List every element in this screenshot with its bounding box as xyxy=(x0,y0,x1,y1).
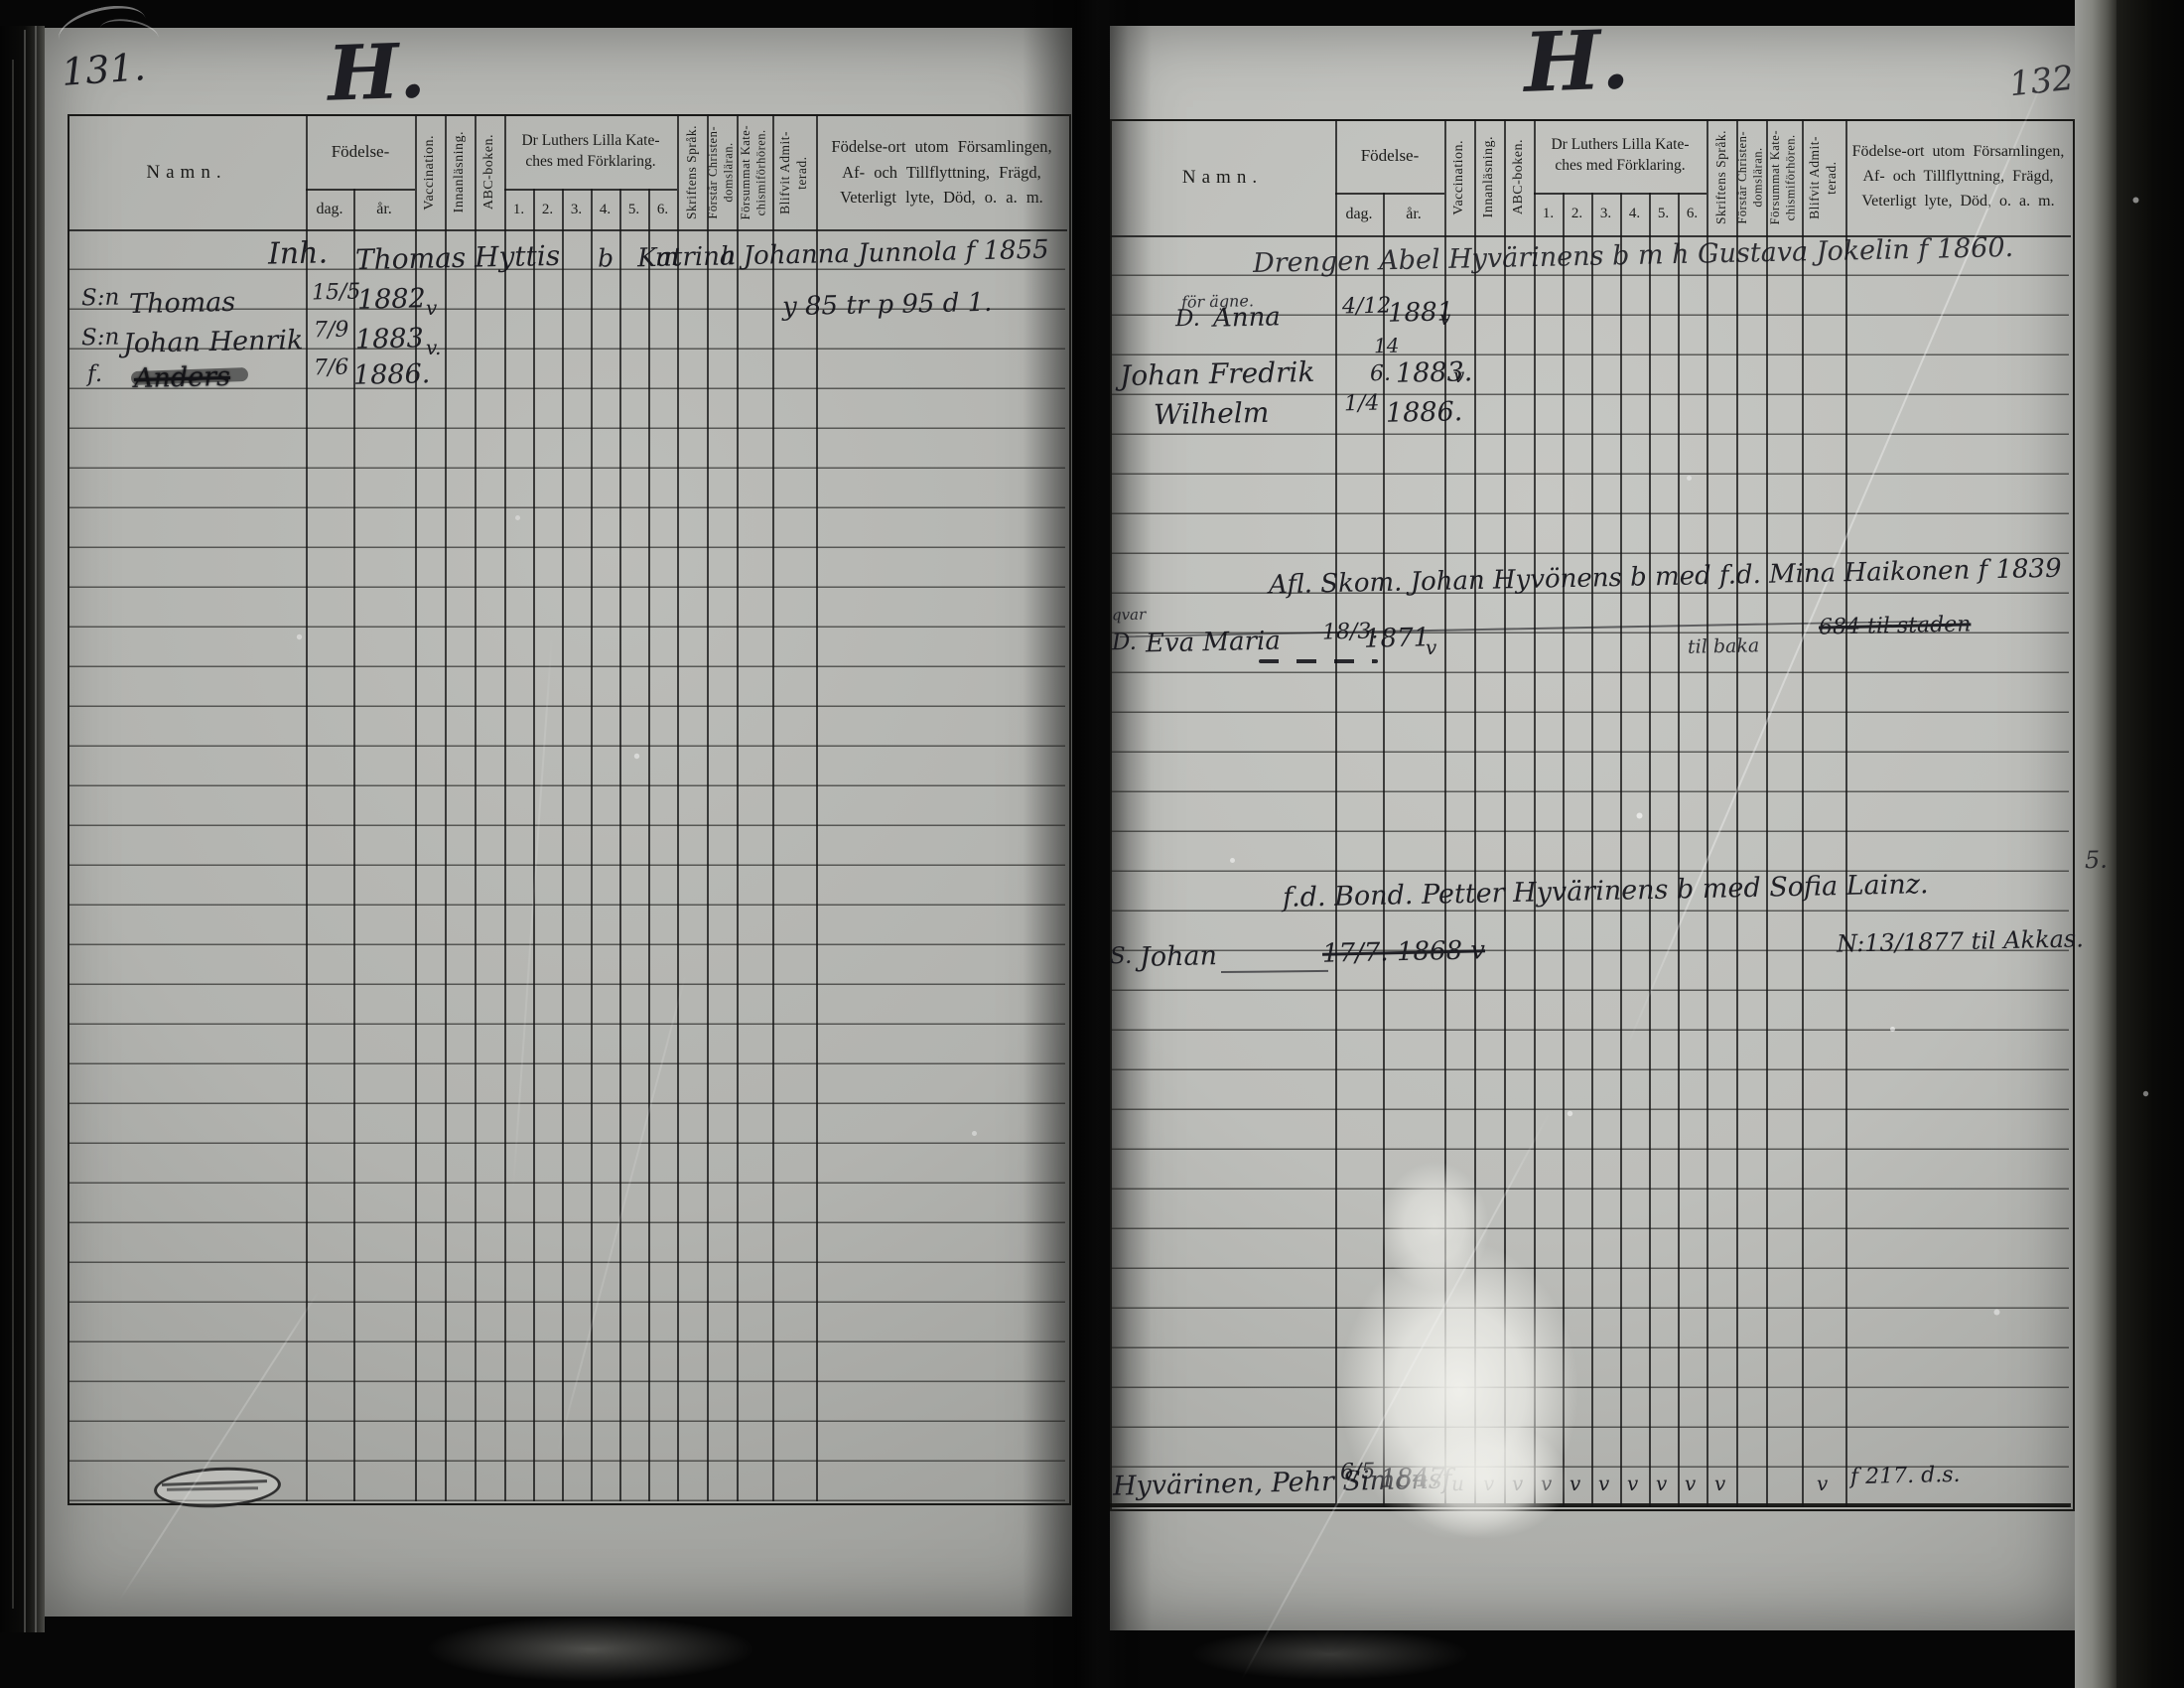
col-header-kateches-6: 6. xyxy=(1678,193,1706,235)
birth-year: 1882 xyxy=(357,283,426,315)
col-header-ar: år. xyxy=(353,189,415,230)
entry-name: Johan Fredrik xyxy=(1120,355,1315,392)
col-header-kateches-4: 4. xyxy=(1620,193,1649,235)
exam-check: v xyxy=(1598,1472,1610,1495)
col-header-blifvit: Blifvit Admit- terad. xyxy=(772,114,816,230)
col-header-forsummat: Försummat Kate- chismiförhören. xyxy=(737,114,772,230)
stacked-page-edge-line xyxy=(24,30,26,1638)
left-section-letter: H. xyxy=(326,26,426,117)
right-subcol-line xyxy=(1649,193,1651,1507)
left-col-line xyxy=(677,114,679,1501)
col-header-fodelseort: Födelse-ort utom Församlingen, Af- och T… xyxy=(816,114,1067,230)
exam-check: v xyxy=(1714,1472,1726,1495)
col-header-kateches-1: 1. xyxy=(1534,193,1563,235)
col-header-kateches-4: 4. xyxy=(591,189,619,230)
col-header-abc-boken: ABC-boken. xyxy=(475,114,504,230)
col-header-kateches-3: 3. xyxy=(1591,193,1620,235)
left-col-line xyxy=(504,114,506,1501)
col-header-dag: dag. xyxy=(1335,193,1383,235)
left-col-line xyxy=(707,114,709,1501)
col-header-ar: år. xyxy=(1383,193,1444,235)
white-stain xyxy=(1380,1162,1489,1291)
right-col-line xyxy=(1845,119,1847,1507)
right-col-line xyxy=(1706,119,1708,1507)
col-header-innanlasning: Innanläsning. xyxy=(445,114,475,230)
margin-note: 5. xyxy=(2085,846,2108,874)
col-header-blifvit: Blifvit Admit- terad. xyxy=(1802,119,1845,235)
right-table-bottom-heavy-line xyxy=(1110,1503,2071,1507)
vaccination-mark: v. xyxy=(426,336,442,359)
col-header-abc-boken: ABC-boken. xyxy=(1504,119,1534,235)
vaccination-mark: v xyxy=(1439,306,1451,330)
col-header-kateches-6: 6. xyxy=(648,189,677,230)
page-edge-strip xyxy=(2075,0,2118,1688)
left-col-line xyxy=(306,114,308,1501)
binding-edge xyxy=(0,0,45,1688)
struck-note: 684 til staden xyxy=(1819,612,1972,639)
entry-rel: f. xyxy=(87,361,103,387)
right-subcol-line xyxy=(1620,193,1622,1507)
right-section-letter: H. xyxy=(1522,12,1630,111)
exam-check: v xyxy=(1685,1472,1697,1495)
birth-year: 1883 xyxy=(355,323,424,354)
exam-check: v xyxy=(1570,1472,1581,1495)
left-subcol-line xyxy=(562,189,564,1501)
entry-status: Inh. xyxy=(268,235,329,271)
col-header-innanlasning: Innanläsning. xyxy=(1474,119,1504,235)
note-back: til baka xyxy=(1688,634,1760,658)
small-note: qvar xyxy=(1112,606,1147,625)
entry-note-line: y 85 tr p 95 d 1. xyxy=(782,288,993,322)
col-header-vaccination: Vaccination. xyxy=(415,114,445,230)
entry-name: Johan Henrik xyxy=(123,325,304,359)
left-col-line xyxy=(816,114,818,1501)
entry-name: Anna xyxy=(1213,302,1281,333)
scan-border-right xyxy=(2116,0,2184,1688)
left-col-line xyxy=(475,114,477,1501)
left-col-line xyxy=(445,114,447,1501)
col-header-forsummat: Försummat Kate- chismiförhören. xyxy=(1766,119,1802,235)
right-col-line xyxy=(1736,119,1738,1507)
leader-dashes xyxy=(1259,659,1378,663)
col-header-forstar: Förstår Christen- domsläran. xyxy=(1736,119,1766,235)
left-subcol-line xyxy=(648,189,650,1501)
entry-name: Eva Maria xyxy=(1146,627,1281,659)
col-header-kateches: Dr Luthers Lilla Kate- ches med Förklari… xyxy=(504,114,677,189)
col-header-fodelseort: Födelse-ort utom Församlingen, Af- och T… xyxy=(1845,119,2071,235)
note-moved: N:13/1877 til Akkas. xyxy=(1837,924,2084,957)
left-subcol-line xyxy=(591,189,593,1501)
col-header-skriftens: Skriftens Språk. xyxy=(1706,119,1736,235)
vaccination-mark: v xyxy=(1453,363,1465,387)
birth-day: 7/6 xyxy=(314,355,349,381)
col-header-namn: Namn. xyxy=(68,114,306,230)
right-col-line xyxy=(1766,119,1768,1507)
birth-day: 15/5 xyxy=(312,279,361,305)
exam-check: v xyxy=(1656,1472,1668,1495)
left-col-line xyxy=(772,114,774,1501)
left-col-line xyxy=(737,114,739,1501)
entry-name: Wilhelm xyxy=(1154,396,1270,431)
col-header-kateches: Dr Luthers Lilla Kate- ches med Förklari… xyxy=(1534,119,1706,193)
entry-rel: S:n xyxy=(81,325,120,352)
white-stain xyxy=(1400,1420,1569,1539)
birth-year: 1886. xyxy=(353,358,431,391)
stacked-page-edge-line xyxy=(35,20,37,1658)
col-header-kateches-5: 5. xyxy=(1649,193,1678,235)
bottom-smudge xyxy=(1191,1628,1469,1680)
left-table-row-lines xyxy=(69,230,1065,1502)
col-header-kateches-2: 2. xyxy=(533,189,562,230)
birth-day-denominator: 6. xyxy=(1370,361,1392,386)
birth-day: 1/4 xyxy=(1344,391,1380,417)
birth-year: 1886. xyxy=(1386,396,1463,429)
exam-check: v xyxy=(1627,1472,1639,1495)
left-page-number: 131. xyxy=(61,45,147,94)
scanned-parish-register-spread: Namn. Födelse- dag. år. Vaccination. Inn… xyxy=(0,0,2184,1688)
entry-name: Johan xyxy=(1140,940,1218,973)
date-struck: 17/7. 1868 v xyxy=(1322,935,1486,968)
col-header-fodelse: Födelse- xyxy=(1335,119,1444,193)
birth-day: 4/12 xyxy=(1342,293,1392,319)
entry-rel: S:n xyxy=(81,285,120,312)
right-col-line xyxy=(1802,119,1804,1507)
right-col-line xyxy=(1335,119,1337,1507)
vaccination-mark: v xyxy=(1426,635,1437,659)
vaccination-mark: v xyxy=(426,296,438,320)
col-header-dag: dag. xyxy=(306,189,353,230)
exam-check-late: v xyxy=(1817,1472,1829,1495)
birth-day-numerator: 14 xyxy=(1374,334,1400,358)
right-subcol-line xyxy=(1678,193,1680,1507)
col-header-fodelse: Födelse- xyxy=(306,114,415,189)
col-header-namn: Namn. xyxy=(1110,119,1335,235)
entry-rel: D. xyxy=(1175,306,1200,333)
entry-rel: D. xyxy=(1112,630,1137,656)
entry-name: Thomas xyxy=(129,287,236,320)
col-header-kateches-3: 3. xyxy=(562,189,591,230)
right-subcol-line xyxy=(1591,193,1593,1507)
col-header-kateches-5: 5. xyxy=(619,189,648,230)
stacked-page-edge-line xyxy=(12,60,14,1609)
left-subcol-line xyxy=(533,189,535,1501)
bottom-smudge xyxy=(427,1617,754,1682)
birth-year: 1871 xyxy=(1364,623,1431,653)
birth-day: 7/9 xyxy=(314,318,349,344)
entry-rel: S. xyxy=(1110,943,1133,969)
bottom-row-note: f 217. d.s. xyxy=(1850,1463,1961,1489)
col-header-kateches-1: 1. xyxy=(504,189,533,230)
col-header-skriftens: Skriftens Språk. xyxy=(677,114,707,230)
col-header-kateches-2: 2. xyxy=(1563,193,1591,235)
right-subcol-line xyxy=(1563,193,1565,1507)
col-header-forstar: Förstår Christen- domsläran. xyxy=(707,114,737,230)
left-subcol-line xyxy=(619,189,621,1501)
col-header-vaccination: Vaccination. xyxy=(1444,119,1474,235)
entry-head-line: Thomas Hyttis xyxy=(355,239,561,276)
dust-specks xyxy=(0,0,3,3)
